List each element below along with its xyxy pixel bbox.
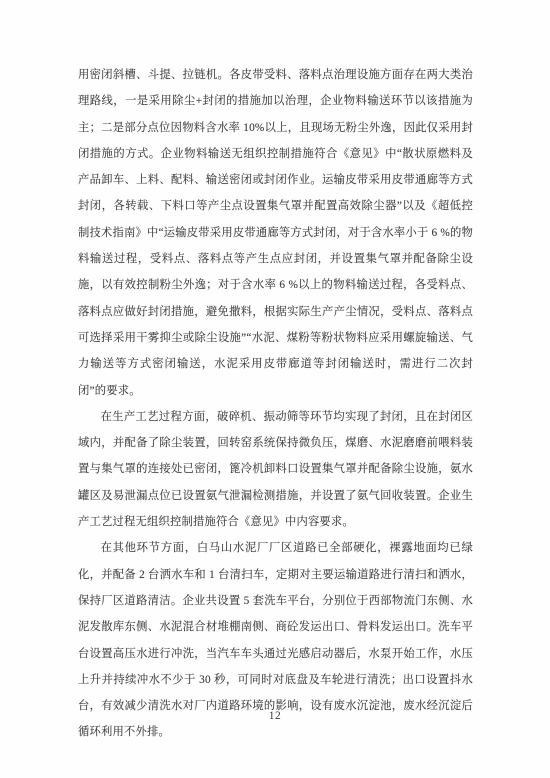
document-page: 用密闭斜槽、斗提、拉链机。各皮带受料、落料点治理设施方面存在两大类治理路线，一是… bbox=[0, 0, 550, 778]
page-content: 用密闭斜槽、斗提、拉链机。各皮带受料、落料点治理设施方面存在两大类治理路线，一是… bbox=[78, 62, 473, 746]
paragraph-material-transport: 用密闭斜槽、斗提、拉链机。各皮带受料、落料点治理设施方面存在两大类治理路线，一是… bbox=[78, 62, 473, 404]
paragraph-production-process: 在生产工艺过程方面，破碎机、振动筛等环节均实现了封闭，且在封闭区域内，并配备了除… bbox=[78, 404, 473, 535]
page-number: 12 bbox=[0, 710, 550, 722]
